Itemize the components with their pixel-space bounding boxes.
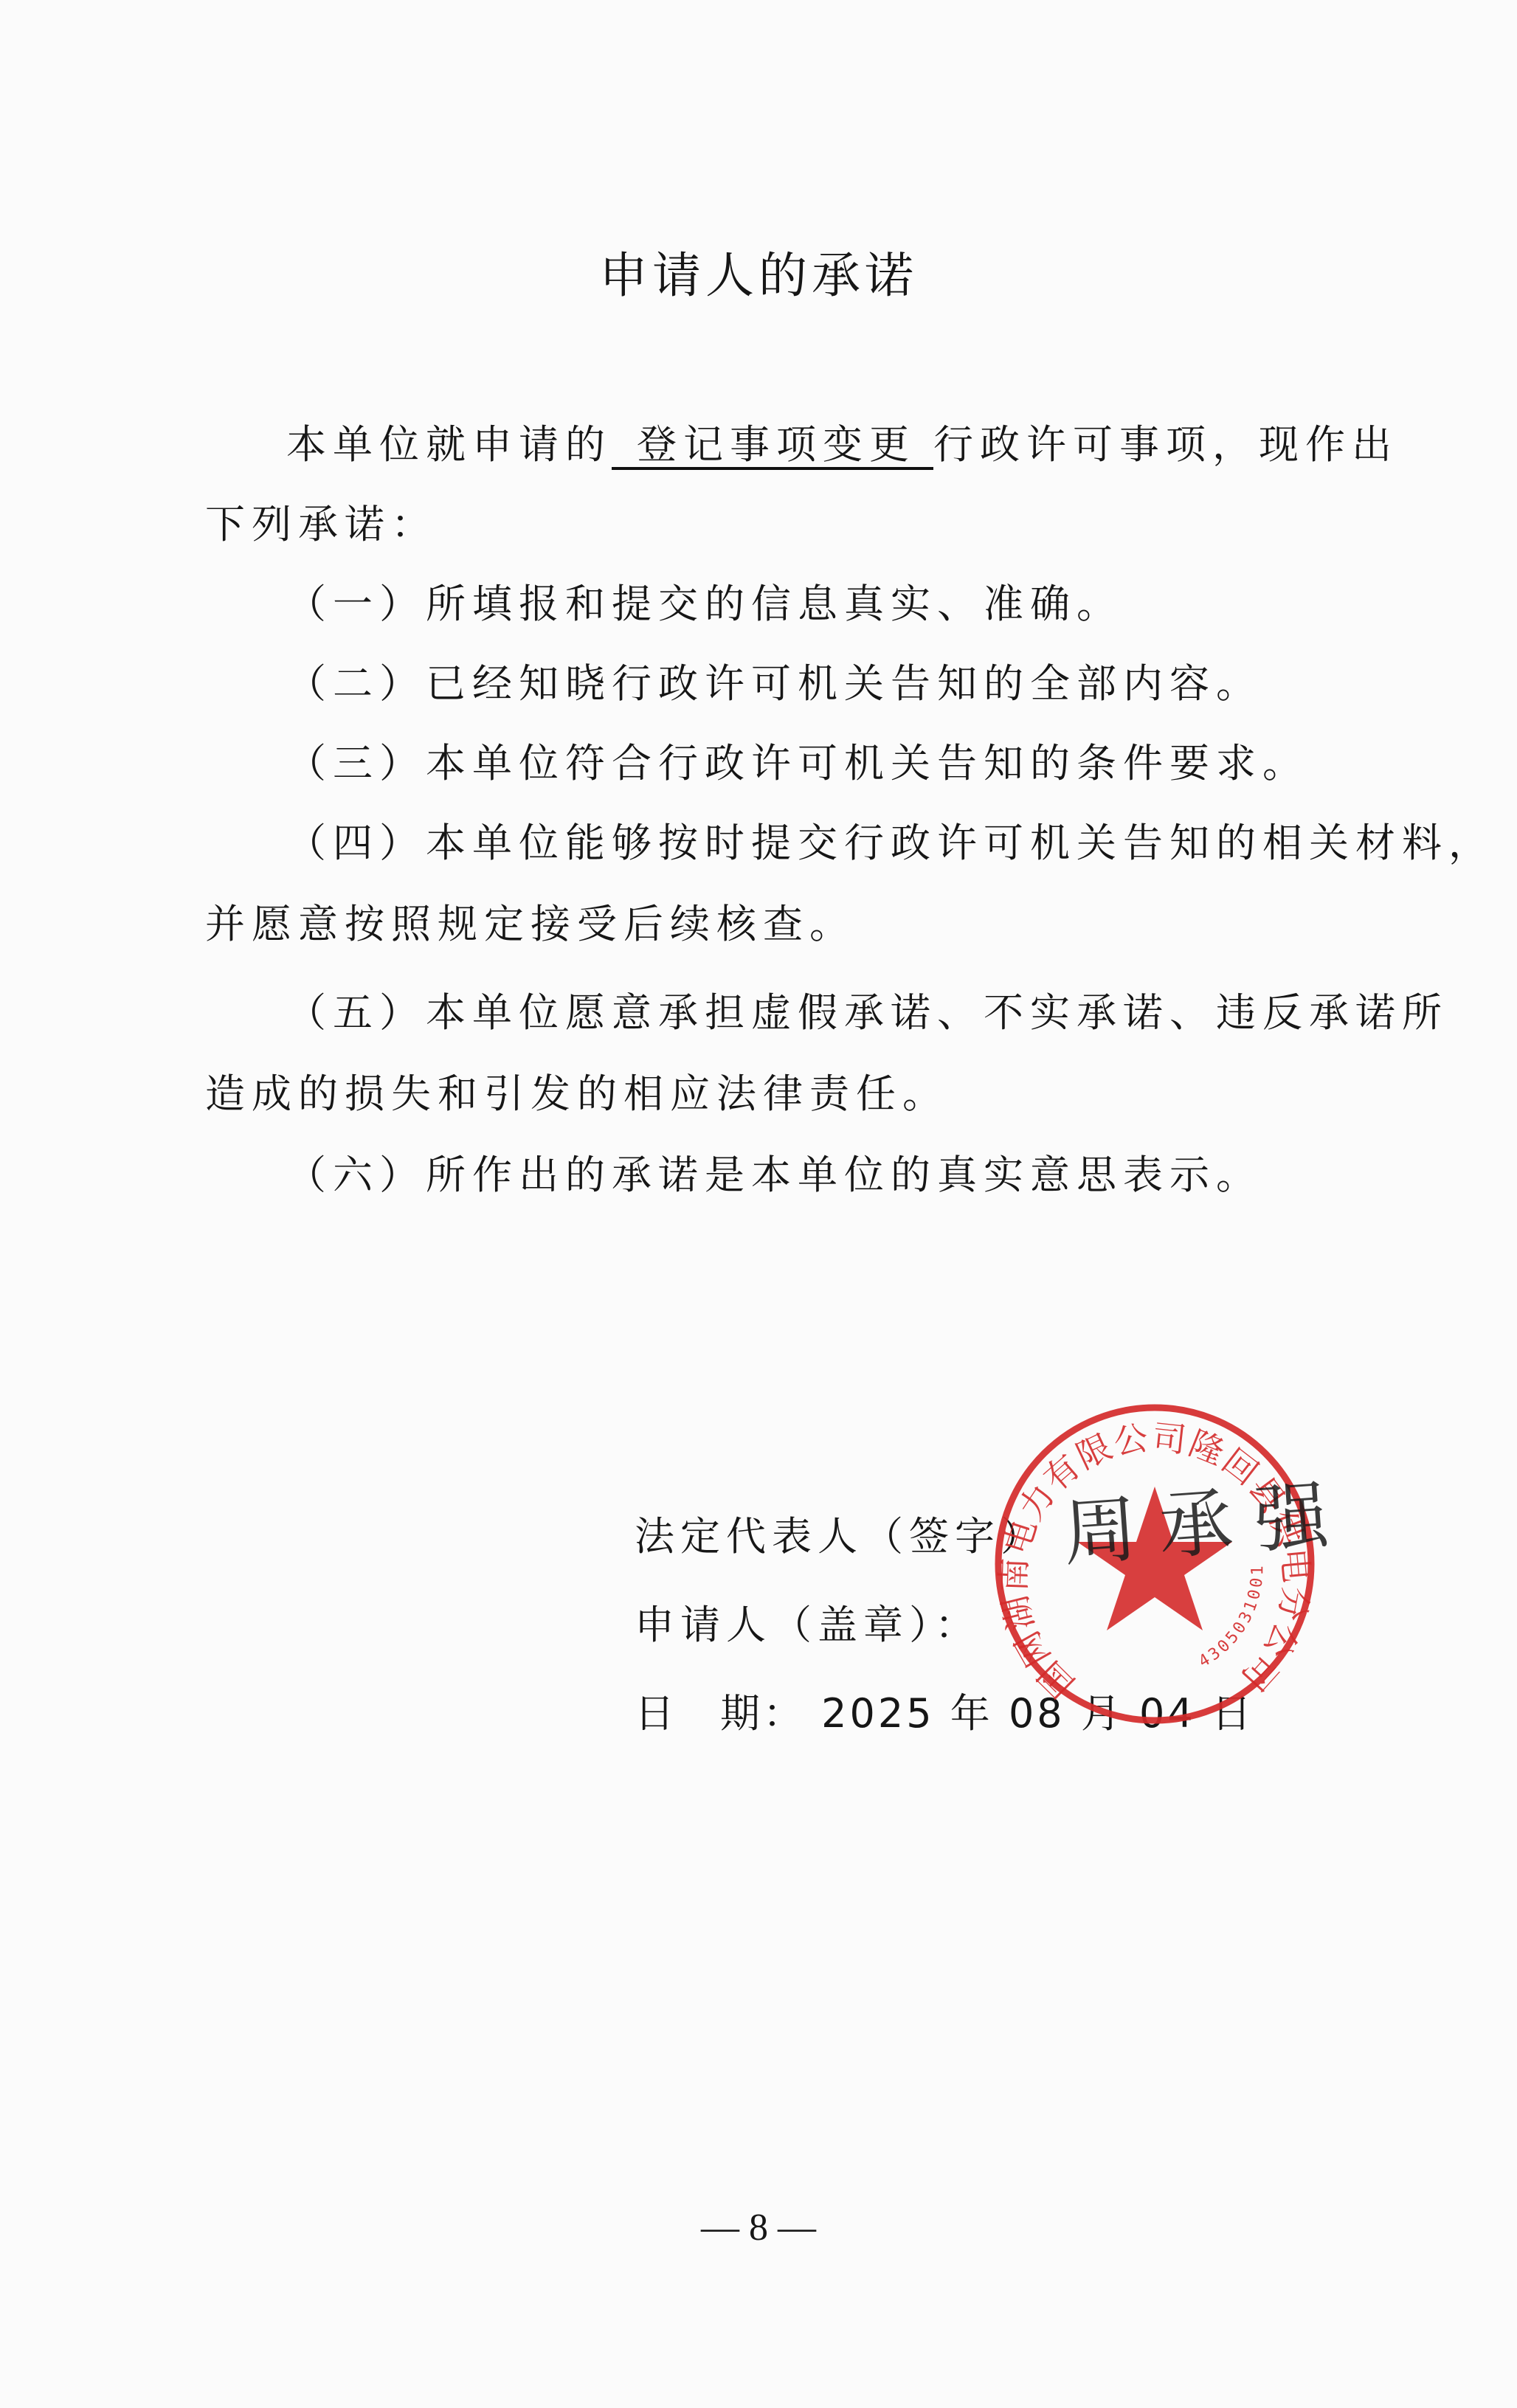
- intro-prefix: 本单位就申请的: [286, 421, 612, 468]
- commitment-5-line2: 造成的损失和引发的相应法律责任。: [205, 1062, 949, 1119]
- commitment-2: （二）已经知晓行政许可机关告知的全部内容。: [286, 652, 1262, 709]
- date-label: 日 期：: [635, 1690, 806, 1737]
- year-char: 年: [950, 1690, 993, 1737]
- filled-item: 登记事项变更: [612, 423, 933, 470]
- commitment-1: （一）所填报和提交的信息真实、准确。: [286, 572, 1123, 629]
- commitment-4-line2: 并愿意按照规定接受后续核查。: [205, 893, 856, 949]
- commitment-5-line1: （五）本单位愿意承担虚假承诺、不实承诺、违反承诺所: [286, 981, 1448, 1038]
- commitment-3: （三）本单位符合行政许可机关告知的条件要求。: [286, 732, 1309, 789]
- page-title: 申请人的承诺: [0, 236, 1517, 306]
- document-page: 申请人的承诺 本单位就申请的登记事项变更行政许可事项，现作出 下列承诺： （一）…: [0, 0, 1517, 2408]
- commitment-4-line1: （四）本单位能够按时提交行政许可机关告知的相关材料，: [286, 812, 1495, 868]
- handwritten-signature: 周承强: [1059, 1455, 1353, 1581]
- page-number: — 8 —: [0, 2206, 1517, 2249]
- intro-continuation: 下列承诺：: [205, 493, 438, 550]
- applicant-label: 申请人（盖章）：: [635, 1594, 981, 1650]
- legal-rep-label: 法定代表人（签字）: [635, 1505, 1046, 1562]
- intro-line: 本单位就申请的登记事项变更行政许可事项，现作出: [286, 413, 1398, 470]
- commitment-6: （六）所作出的承诺是本单位的真实意思表示。: [286, 1144, 1262, 1200]
- intro-suffix: 行政许可事项，现作出: [933, 421, 1398, 468]
- date-year: 2025: [821, 1690, 934, 1737]
